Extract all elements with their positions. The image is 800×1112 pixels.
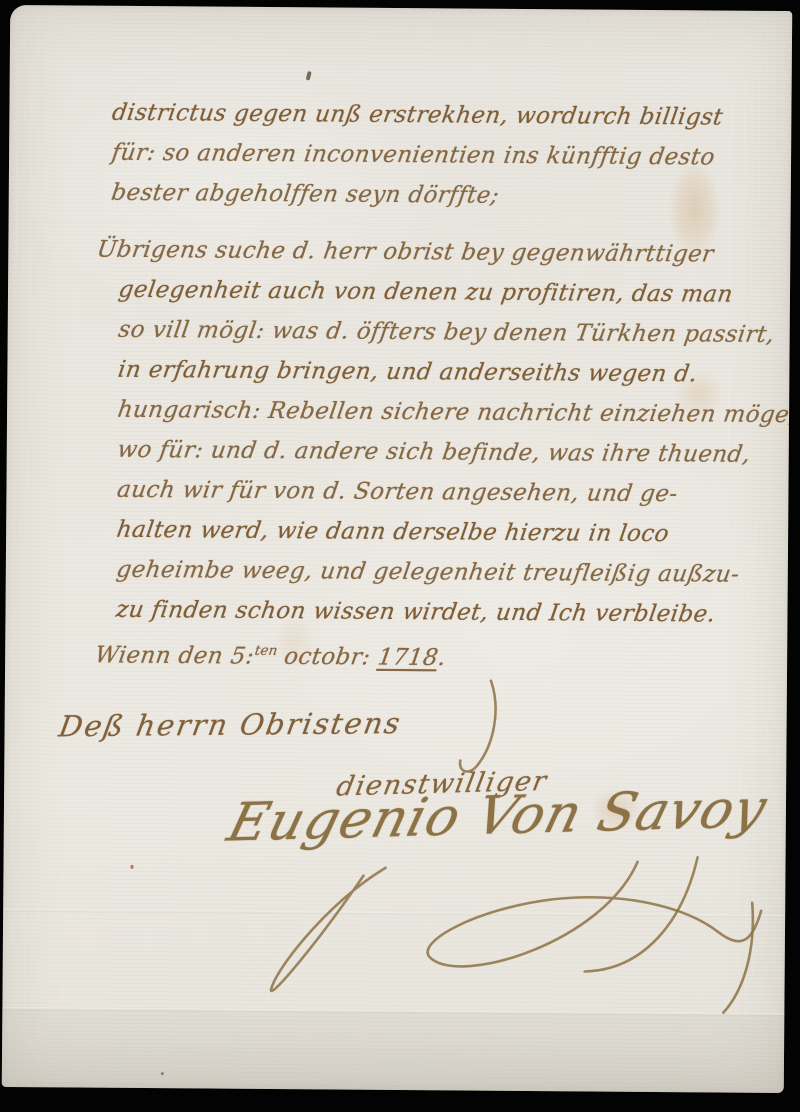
paper-fold-band: [2, 1009, 785, 1093]
signature: Eugenio Von Savoy: [222, 778, 774, 853]
handwritten-line: halten werd, wie dann derselbe hierzu in…: [92, 510, 774, 555]
handwritten-line: districtus gegen unß erstrekhen, wordurc…: [95, 93, 777, 138]
pen-flourish-icon: [450, 676, 507, 776]
letter-body: districtus gegen unß erstrekhen, wordurc…: [91, 93, 772, 675]
handwritten-line: gelegenheit auch von denen zu profitiren…: [94, 270, 776, 315]
handwritten-line: Übrigens suche d. herr obrist bey gegenw…: [94, 230, 776, 275]
scan-background: districtus gegen unß erstrekhen, wordurc…: [0, 0, 800, 1112]
handwritten-line: zu finden schon wissen wirdet, und Ich v…: [91, 590, 773, 635]
ink-speck: [161, 1072, 164, 1075]
ink-speck: [130, 865, 133, 869]
dateline-year: 1718: [376, 645, 440, 671]
handwritten-line: auch wir für von d. Sorten angesehen, un…: [92, 470, 774, 515]
handwritten-line: hungarisch: Rebellen sichere nachricht e…: [93, 390, 775, 435]
paper-crease: [2, 1007, 784, 1016]
handwritten-line: wo für: und d. andere sich befinde, was …: [93, 430, 775, 475]
letter-sheet: districtus gegen unß erstrekhen, wordurc…: [2, 5, 792, 1093]
handwritten-line: geheimbe weeg, und gelegenheit treufleiß…: [92, 550, 774, 595]
paper-crease: [3, 909, 785, 918]
closing-addressee: Deß herrn Obristens: [56, 706, 404, 743]
handwritten-line: so vill mögl: was d. öffters bey denen T…: [94, 310, 776, 355]
dateline: Wienn den 5:ten octobr: 1718.: [91, 630, 773, 675]
dateline-ordinal-suffix: ten: [254, 643, 279, 659]
handwritten-line: in erfahrung bringen, und anderseiths we…: [93, 350, 775, 395]
ink-speck: [306, 71, 312, 81]
handwritten-line: für: so anderen inconvenientien ins künf…: [95, 133, 777, 178]
handwritten-line: bester abgeholffen seyn dörffte;: [95, 173, 777, 218]
dateline-place-day: Wienn den 5:: [93, 642, 256, 669]
dateline-month: octobr:: [275, 644, 380, 671]
